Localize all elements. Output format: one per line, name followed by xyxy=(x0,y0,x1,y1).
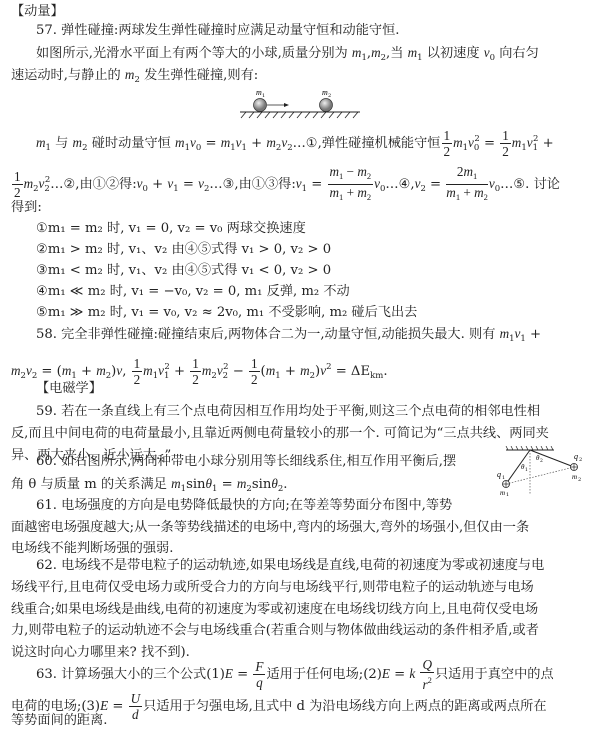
item-58-line1: 58. 完全非弹性碰撞:碰撞结束后,两物体合二为一,动量守恒,动能损失最大. 则… xyxy=(36,325,541,348)
item-57-get: 得到: xyxy=(11,199,42,217)
collision-diagram: m1 m2 xyxy=(238,86,363,120)
item-62-line4: 力,则带电粒子的运动轨迹不会与电场线重合(若重合则与物体做曲线运动的条件相矛盾,… xyxy=(11,622,539,640)
item-57-eq1: m1 与 m2 碰时动量守恒 m1v0 = m1v1 + m2v2…①,弹性碰撞… xyxy=(36,128,554,159)
item-62-line2: 场线平行,且电荷仅受电场力或所受合力的方向与电场线平行,则带电粒子的运动轨迹与电… xyxy=(11,579,534,597)
svg-text:1: 1 xyxy=(525,467,528,473)
item-57-title: 57. 弹性碰撞:两球发生弹性碰撞时应满足动量守恒和动能守恒. xyxy=(36,22,400,40)
item-61-line3: 电场线不能判断场强的强弱. xyxy=(11,540,173,558)
item-63-line1: 63. 计算场强大小的三个公式(1)E = Fq适用于任何电场;(2)E = k… xyxy=(36,657,554,692)
svg-text:2: 2 xyxy=(328,93,331,99)
case-1: ①m₁ = m₂ 时, v₁ = 0, v₂ = v₀ 两球交换速度 xyxy=(36,220,306,238)
section-heading-momentum: 【动量】 xyxy=(11,3,64,21)
case-2: ②m₁ > m₂ 时, v₁、v₂ 由④⑤式得 v₁ > 0, v₂ > 0 xyxy=(36,241,331,259)
item-57-eq2: 12m2v22…②,由①②得:v0 + v1 = v2…③,由①③得:v1 = … xyxy=(11,164,560,205)
svg-text:q: q xyxy=(497,470,501,479)
svg-text:1: 1 xyxy=(502,475,505,481)
item-59-line2: 反,而且中间电荷的电荷量最小,且靠近两侧电荷量较小的那一个. 可简记为“三点共线… xyxy=(11,425,549,443)
item-62-line1: 62. 电场线不是带电粒子的运动轨迹,如果电场线是直线,电荷的初速度为零或初速度… xyxy=(36,557,544,575)
section-heading-electromagnetism: 【电磁学】 xyxy=(36,380,102,398)
case-4: ④m₁ ≪ m₂ 时, v₁ = −v₀, v₂ = 0, m₁ 反弹, m₂ … xyxy=(36,283,350,301)
item-62-line3: 线重合;如果电场线是曲线,电荷的初速度为零或初速度在电场线切线方向上,且电荷仅受… xyxy=(11,601,538,619)
item-60-line2: 角 θ 与质量 m 的关系满足 m1sinθ1 = m2sinθ2. xyxy=(11,475,287,498)
pendulum-charges-diagram: q1 q2 m1 m2 θ1 θ2 xyxy=(494,446,590,496)
case-3: ③m₁ < m₂ 时, v₁、v₂ 由④⑤式得 v₁ < 0, v₂ > 0 xyxy=(36,262,331,280)
svg-text:q: q xyxy=(574,452,578,461)
svg-text:m: m xyxy=(500,489,505,496)
item-59-line1: 59. 若在一条直线上有三个点电荷因相互作用均处于平衡,则这三个点电荷的相邻电性… xyxy=(36,403,540,421)
item-61-line2: 面越密电场强度越大;从一条等势线描述的电场中,弯内的场强大,弯外的场强小,但仅由… xyxy=(11,519,529,537)
item-63-line3: 等势面间的距离. xyxy=(11,712,108,730)
svg-text:1: 1 xyxy=(262,93,265,99)
item-57-para1: 如图所示,光滑水平面上有两个等大的小球,质量分别为 m1,m2,当 m1 以初速… xyxy=(36,44,539,67)
svg-text:2: 2 xyxy=(540,458,543,464)
svg-text:m: m xyxy=(572,473,577,481)
svg-text:2: 2 xyxy=(579,457,582,463)
item-60-line1: 60. 如右图所示,两同种带电小球分别用等长细线系住,相互作用平衡后,摆 xyxy=(36,453,456,471)
svg-text:1: 1 xyxy=(506,492,509,496)
item-61-line1: 61. 电场强度的方向是电势降低最快的方向;在等差等势面分布图中,等势 xyxy=(36,497,452,515)
svg-text:2: 2 xyxy=(578,477,581,483)
case-5: ⑤m₁ ≫ m₂ 时, v₁ = v₀, v₂ ≈ 2v₀, m₁ 不受影响, … xyxy=(36,304,417,322)
item-57-para2: 速运动时,与静止的 m2 发生弹性碰撞,则有: xyxy=(11,66,258,89)
